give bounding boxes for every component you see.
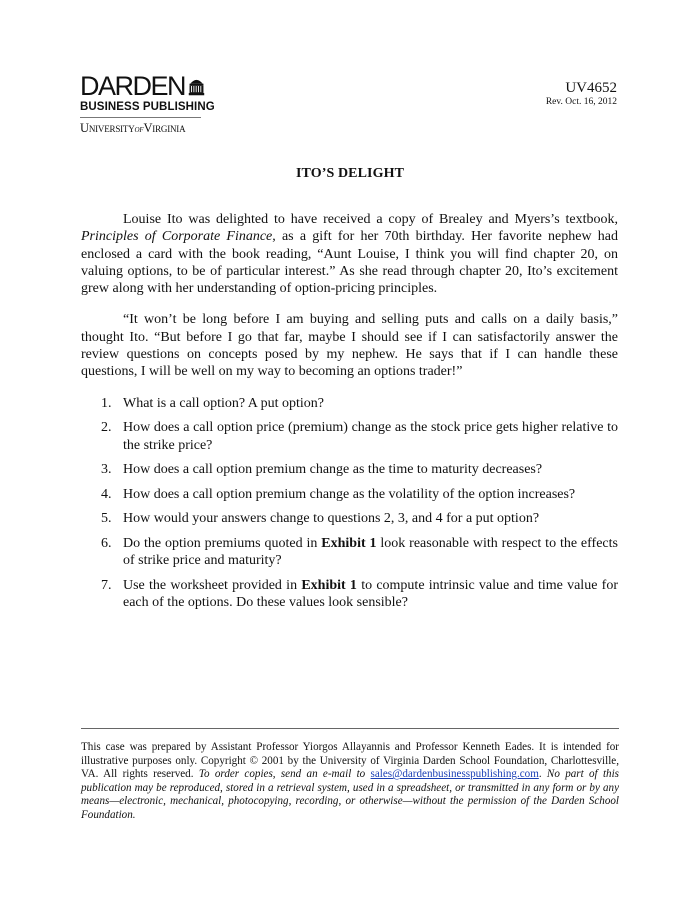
question-item: 6.Do the option premiums quoted in Exhib… <box>81 535 618 570</box>
question-item: 4.How does a call option premium change … <box>81 486 618 503</box>
question-item: 7.Use the worksheet provided in Exhibit … <box>81 577 618 612</box>
question-number: 1. <box>81 395 123 412</box>
logo-university-post: Virginia <box>143 121 185 135</box>
logo-divider <box>80 117 201 118</box>
logo-subbrand: BUSINESS PUBLISHING <box>80 101 205 113</box>
question-text: How does a call option price (premium) c… <box>123 419 618 454</box>
logo-university-pre: University <box>80 121 135 135</box>
question-item: 1.What is a call option? A put option? <box>81 395 618 412</box>
document-body: Louise Ito was delighted to have receive… <box>81 211 618 619</box>
case-id-block: UV4652 Rev. Oct. 16, 2012 <box>546 80 617 109</box>
question-list: 1.What is a call option? A put option? 2… <box>81 395 618 612</box>
rotunda-icon <box>188 74 205 98</box>
question-number: 7. <box>81 577 123 612</box>
revision-date: Rev. Oct. 16, 2012 <box>546 96 617 109</box>
case-number: UV4652 <box>546 80 617 96</box>
question-number: 5. <box>81 510 123 527</box>
paragraph-intro-text: Louise Ito was delighted to have receive… <box>123 212 618 227</box>
question-item: 3.How does a call option premium change … <box>81 461 618 478</box>
question-item: 2.How does a call option price (premium)… <box>81 419 618 454</box>
footer-divider <box>81 728 619 729</box>
question-number: 4. <box>81 486 123 503</box>
paragraph-intro: Louise Ito was delighted to have receive… <box>81 211 618 297</box>
book-title: Principles of Corporate Finance <box>81 229 272 244</box>
logo-top-row: DARDEN <box>80 72 205 98</box>
question-text: Use the worksheet provided in Exhibit 1 … <box>123 577 618 612</box>
footer-order-text: To order copies, send an e-mail to <box>199 768 371 780</box>
question-number: 3. <box>81 461 123 478</box>
exhibit-reference: Exhibit 1 <box>321 536 376 551</box>
question-text: How does a call option premium change as… <box>123 486 618 503</box>
question-text: What is a call option? A put option? <box>123 395 618 412</box>
darden-logo: DARDEN BUSINESS PUBLISHING UniversityofV… <box>80 72 205 136</box>
question-text: How does a call option premium change as… <box>123 461 618 478</box>
document-title: ITO’S DELIGHT <box>0 166 700 182</box>
question-text: How would your answers change to questio… <box>123 510 618 527</box>
question-item: 5.How would your answers change to quest… <box>81 510 618 527</box>
question-number: 6. <box>81 535 123 570</box>
copyright-footer: This case was prepared by Assistant Prof… <box>81 741 619 823</box>
exhibit-reference: Exhibit 1 <box>301 578 357 593</box>
question-number: 2. <box>81 419 123 454</box>
logo-university: UniversityofVirginia <box>80 121 205 136</box>
logo-brand: DARDEN <box>80 74 185 98</box>
sales-email-link[interactable]: sales@dardenbusinesspublishing.com <box>371 768 539 780</box>
paragraph-quote: “It won’t be long before I am buying and… <box>81 311 618 380</box>
question-text: Do the option premiums quoted in Exhibit… <box>123 535 618 570</box>
